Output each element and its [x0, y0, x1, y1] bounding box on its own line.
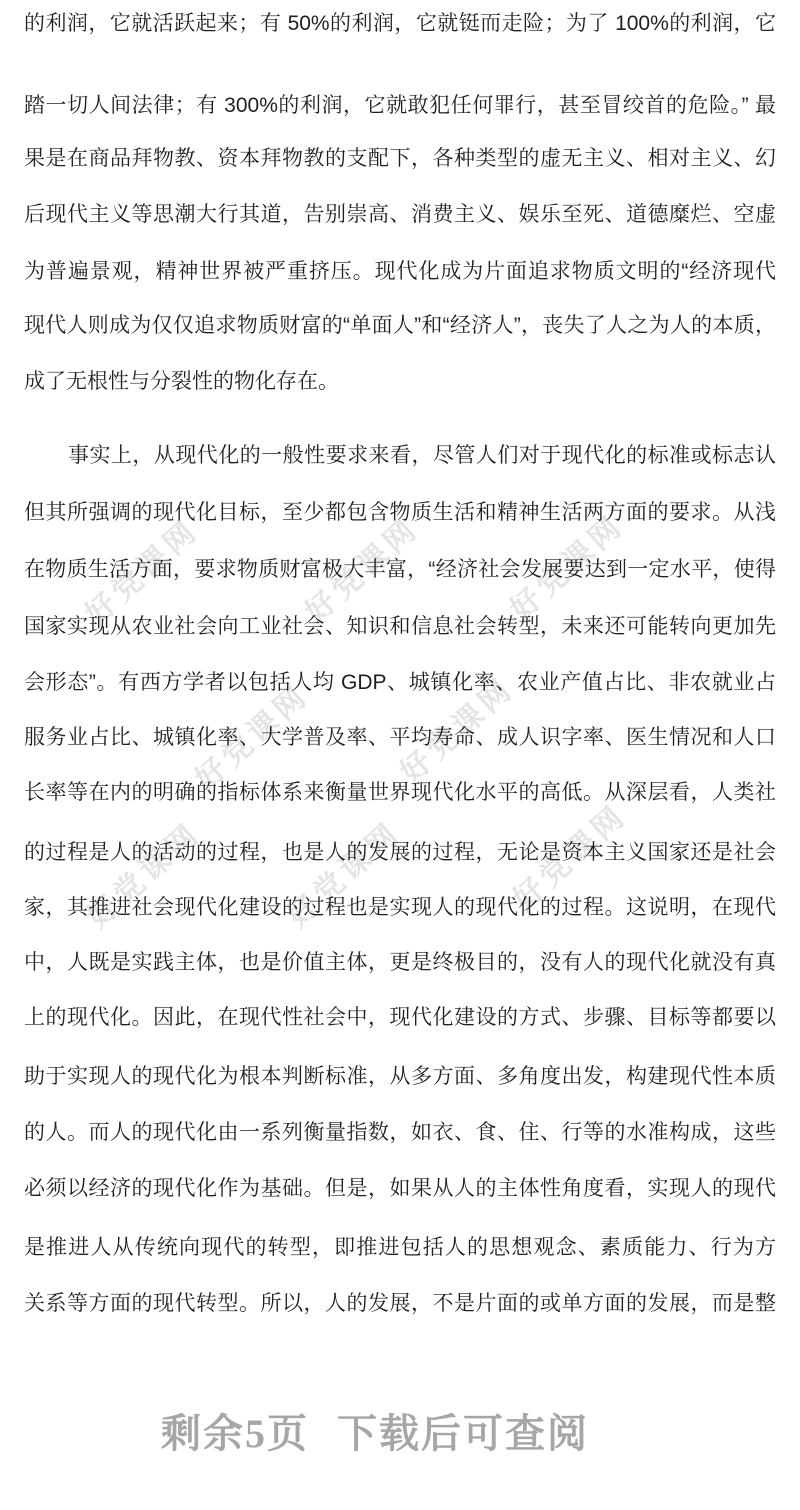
- text-line: 成了无根性与分裂性的物化存在。: [24, 367, 776, 397]
- text-line: 的利润，它就活跃起来；有 50%的利润，它就铤而走险；为了 100%的利润，它就…: [24, 9, 776, 39]
- text-line: 家，其推进社会现代化建设的过程也是实现人的现代化的过程。这说明，在现代化进程: [24, 893, 776, 923]
- text-line: 果是在商品拜物教、资本拜物教的支配下，各种类型的虚无主义、相对主义、幻灭主义、: [24, 144, 776, 174]
- document-page: 好党课网好党课网好党课网好党课网好党课网好党课网好党课网好党课网 的利润，它就活…: [0, 0, 800, 1510]
- text-line: 在物质生活方面，要求物质财富极大丰富，“经济社会发展要达到一定水平，使得一个: [24, 555, 776, 585]
- text-line: 必须以经济的现代化作为基础。但是，如果从人的主体性角度看，实现人的现代化，就: [24, 1174, 776, 1204]
- text-line: 后现代主义等思潮大行其道，告别崇高、消费主义、娱乐至死、道德糜烂、空虚颓废成: [24, 200, 776, 230]
- text-line: 上的现代化。因此，在现代性社会中，现代化建设的方式、步骤、目标等都要以是否有: [24, 1003, 776, 1033]
- preview-footer: 剩余5页 下载后可查阅: [0, 1402, 750, 1458]
- text-line: 会形态”。有西方学者以包括人均 GDP、城镇化率、农业产值占比、非农就业占比、: [24, 668, 776, 698]
- text-line: 的人。而人的现代化由一系列衡量指数，如衣、食、住、行等的水准构成，这些方面又: [24, 1118, 776, 1148]
- pages-remaining-label: 剩余5页: [161, 1402, 309, 1459]
- text-line: 服务业占比、城镇化率、大学普及率、平均寿命、成人识字率、医生情况和人口自然增: [24, 723, 776, 753]
- text-line: 国家实现从农业社会向工业社会、知识和信息社会转型，未来还可能转向更加先进的社: [24, 612, 776, 642]
- text-line: 助于实现人的现代化为根本判断标准，从多方面、多角度出发，构建现代性本质意义上: [24, 1062, 776, 1092]
- text-line: 为普遍景观，精神世界被严重挤压。现代化成为片面追求物质文明的“经济现代化”，: [24, 257, 776, 287]
- text-line: 中，人既是实践主体，也是价值主体，更是终极目的，没有人的现代化就没有真正意义: [24, 948, 776, 978]
- text-line: 长率等在内的明确的指标体系来衡量世界现代化水平的高低。从深层看，人类社会发展: [24, 778, 776, 808]
- text-line: 踏一切人间法律；有 300%的利润，它就敢犯任何罪行，甚至冒绞首的危险。” 最终…: [24, 91, 776, 121]
- text-line: 是推进人从传统向现代的转型，即推进包括人的思想观念、素质能力、行为方式、社会: [24, 1233, 776, 1263]
- document-body: 的利润，它就活跃起来；有 50%的利润，它就铤而走险；为了 100%的利润，它就…: [0, 0, 800, 1510]
- text-line: 事实上，从现代化的一般性要求来看，尽管人们对于现代化的标准或标志认知不同，: [24, 441, 776, 471]
- download-hint-label: 下载后可查阅: [337, 1402, 589, 1459]
- text-line: 但其所强调的现代化目标，至少都包含物质生活和精神生活两方面的要求。从浅层看，: [24, 498, 776, 528]
- text-line: 的过程是人的活动的过程，也是人的发展的过程，无论是资本主义国家还是社会主义国: [24, 838, 776, 868]
- text-line: 现代人则成为仅仅追求物质财富的“单面人”和“经济人”，丧失了人之为人的本质，: [24, 311, 776, 341]
- text-line: 关系等方面的现代转型。所以，人的发展，不是片面的或单方面的发展，而是整体全面: [24, 1289, 776, 1319]
